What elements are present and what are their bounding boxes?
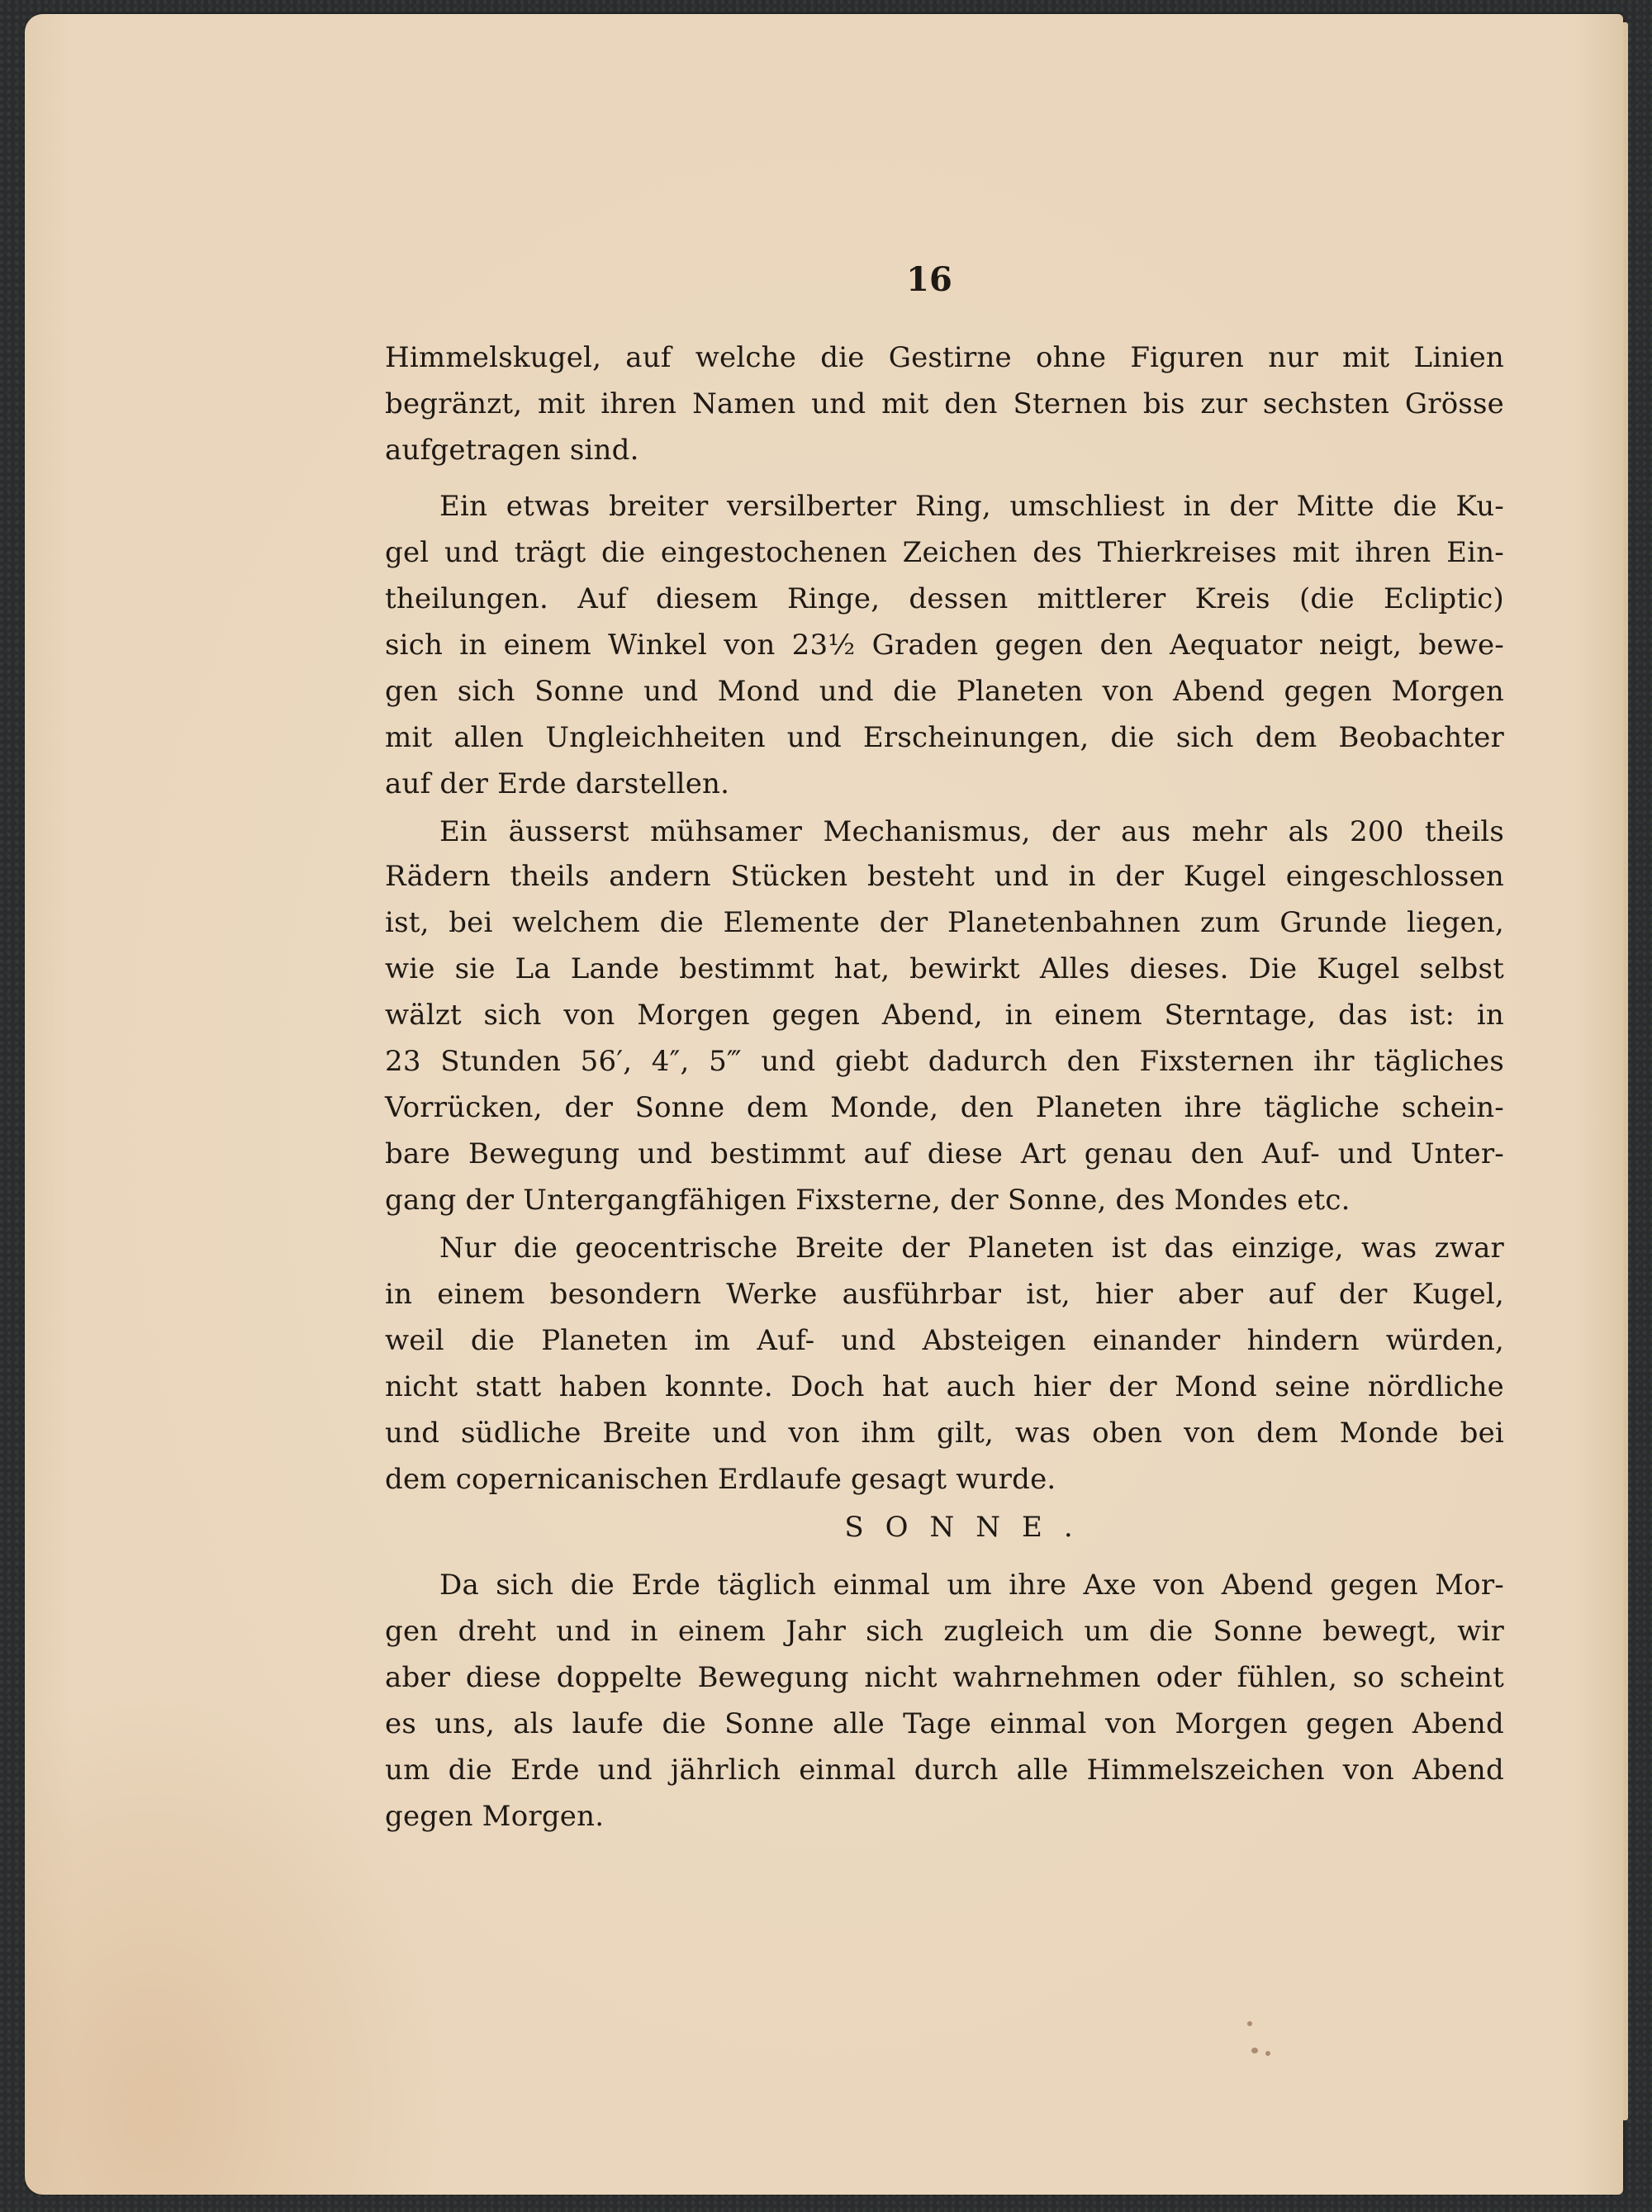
page-number: 16 xyxy=(896,260,962,299)
text-line: sich in einem Winkel von 23½ Graden gege… xyxy=(385,622,1504,668)
text-line: mit allen Ungleichheiten und Erscheinung… xyxy=(385,714,1504,761)
text-line: Himmelskugel, auf welche die Gestirne oh… xyxy=(385,335,1504,381)
text-line: gen sich Sonne und Mond und die Planeten… xyxy=(385,668,1504,714)
text-line: nicht statt haben konnte. Doch hat auch … xyxy=(385,1364,1504,1410)
ink-speck xyxy=(1251,2048,1258,2053)
text-line: begränzt, mit ihren Namen und mit den St… xyxy=(385,381,1504,427)
text-line: gel und trägt die eingestochenen Zeichen… xyxy=(385,529,1504,576)
text-line: ist, bei welchem die Elemente der Planet… xyxy=(385,900,1504,946)
text-line: wälzt sich von Morgen gegen Abend, in ei… xyxy=(385,992,1504,1038)
text-line: und südliche Breite und von ihm gilt, wa… xyxy=(385,1410,1504,1456)
book-page: 16 Himmelskugel, auf welche die Gestirne… xyxy=(25,14,1623,2195)
text-line: es uns, als laufe die Sonne alle Tage ei… xyxy=(385,1701,1504,1747)
text-line: gegen Morgen. xyxy=(385,1793,1504,1839)
text-line: um die Erde und jährlich einmal durch al… xyxy=(385,1747,1504,1793)
ink-speck xyxy=(1265,2051,1270,2056)
text-line: bare Bewegung und bestimmt auf diese Art… xyxy=(385,1131,1504,1177)
text-line: Rädern theils andern Stücken besteht und… xyxy=(385,853,1504,900)
text-line: in einem besondern Werke ausführbar ist,… xyxy=(385,1271,1504,1317)
text-line: wie sie La Lande bestimmt hat, bewirkt A… xyxy=(385,946,1504,992)
text-line: gang der Untergangfähigen Fixsterne, der… xyxy=(385,1177,1504,1223)
page-edge xyxy=(1623,22,1628,2120)
text-line: Nur die geocentrische Breite der Planete… xyxy=(439,1225,1504,1271)
text-line: Ein äusserst mühsamer Mechanismus, der a… xyxy=(439,809,1504,855)
text-line: Da sich die Erde täglich einmal um ihre … xyxy=(439,1562,1504,1608)
text-line: Vorrücken, der Sonne dem Monde, den Plan… xyxy=(385,1085,1504,1131)
text-line: dem copernicanischen Erdlaufe gesagt wur… xyxy=(385,1456,1504,1502)
text-line: aufgetragen sind. xyxy=(385,427,1504,473)
text-line: theilungen. Auf diesem Ringe, dessen mit… xyxy=(385,576,1504,622)
text-line: gen dreht und in einem Jahr sich zugleic… xyxy=(385,1608,1504,1654)
text-line: auf der Erde darstellen. xyxy=(385,761,1504,807)
text-line: 23 Stunden 56′, 4″, 5‴ und giebt dadurch… xyxy=(385,1038,1504,1085)
text-line: weil die Planeten im Auf- und Absteigen … xyxy=(385,1317,1504,1364)
section-heading: SONNE. xyxy=(385,1504,1504,1550)
text-line: Ein etwas breiter versilberter Ring, ums… xyxy=(439,483,1504,529)
text-line: aber diese doppelte Bewegung nicht wahrn… xyxy=(385,1654,1504,1701)
ink-speck xyxy=(1247,2021,1252,2026)
